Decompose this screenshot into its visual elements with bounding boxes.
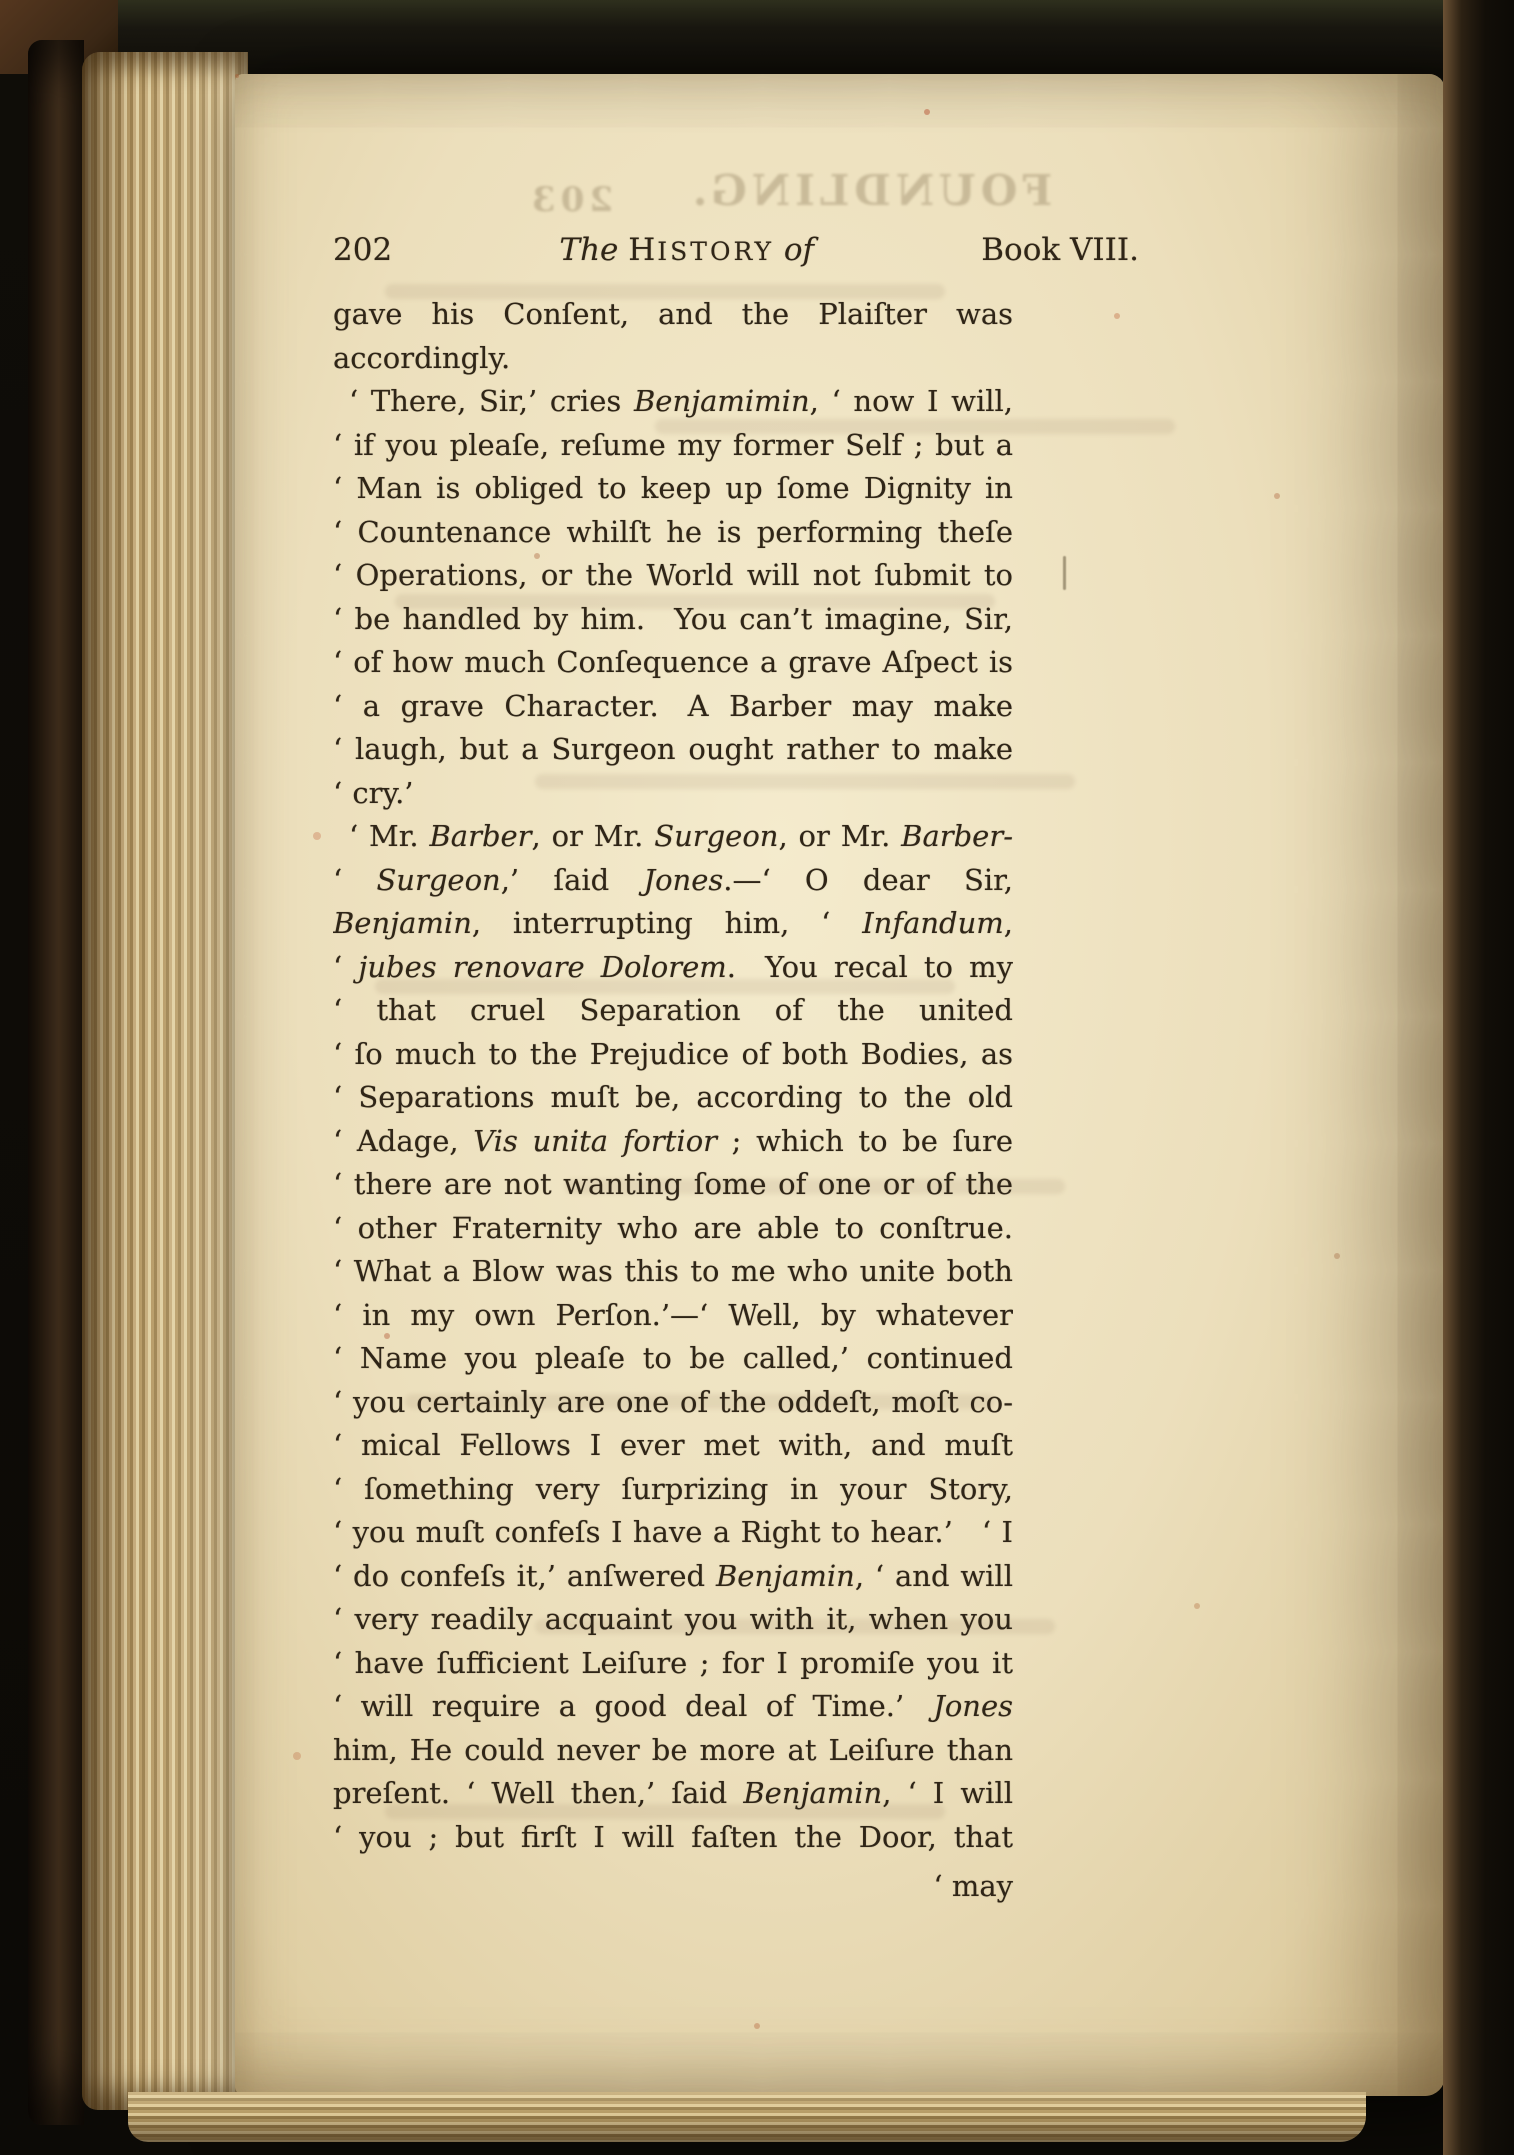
- roman-text: ‘ in my own Perſon.’—‘ Well, by whatever: [333, 1298, 1013, 1332]
- italic-text: Jones: [643, 863, 723, 897]
- text-line: ‘ Name you pleaſe to be called,’ continu…: [333, 1337, 1013, 1381]
- paper-speckles: [235, 74, 239, 78]
- roman-text: , ‘ and will: [855, 1559, 1013, 1593]
- book-spine: [28, 40, 84, 2125]
- roman-text: , or Mr.: [778, 819, 901, 853]
- italic-text: Barber: [429, 819, 531, 853]
- roman-text: ‘ cry.’: [333, 776, 414, 810]
- text-line: ‘ very readily acquaint you with it, whe…: [333, 1598, 1013, 1642]
- roman-text: gave his Conſent, and the Plaiſter was a…: [333, 297, 1013, 337]
- roman-text: ‘ you certainly are one of the oddeſt, m…: [333, 1385, 1013, 1419]
- roman-text: ‘ Adage,: [333, 1124, 473, 1158]
- roman-text: ‘ Operations, or the World will not ſubm…: [333, 558, 1013, 592]
- roman-text: ‘ Mr.: [349, 819, 429, 853]
- roman-text: ,’ ſaid: [501, 863, 644, 897]
- roman-text: ‘ be handled by him. You can’t imagine, …: [333, 602, 1013, 636]
- text-line: accordingly.: [333, 337, 1013, 381]
- italic-text: Benjamin: [333, 906, 472, 940]
- page-number: 202: [333, 232, 392, 268]
- bleedthrough-page-number: 203: [527, 180, 613, 220]
- text-line: ‘ ſo much to the Prejudice of both Bodie…: [333, 1033, 1013, 1077]
- roman-text: ‘ you ; but firſt I will faſten the Door…: [333, 1820, 1013, 1860]
- book-number-label: Book VIII.: [981, 232, 1139, 268]
- roman-text: ‘ Separations muſt be, according to the …: [333, 1080, 1013, 1114]
- italic-text: Benjamimin: [634, 384, 810, 418]
- text-line: ‘ there are not wanting ſome of one or o…: [333, 1163, 1013, 1207]
- book-page: FOUNDLING. 203 202 The HISTORY of Book V…: [235, 74, 1445, 2096]
- text-line: ‘ you muſt confeſs I have a Right to hea…: [333, 1511, 1013, 1555]
- roman-text: , or Mr.: [532, 819, 655, 853]
- roman-text: ‘ Countenance whilſt he is performing th…: [333, 515, 1013, 549]
- text-line: him, He could never be more at Leiſure t…: [333, 1729, 1013, 1773]
- italic-text: Vis unita fortior: [473, 1124, 717, 1158]
- italic-text: Jones: [933, 1689, 1013, 1723]
- text-line: ‘ What a Blow was this to me who unite b…: [333, 1250, 1013, 1294]
- text-line: ‘ will require a good deal of Time.’ Jon…: [333, 1685, 1013, 1729]
- text-line: ‘ Man is obliged to keep up ſome Dignity…: [333, 467, 1013, 511]
- text-line: ‘ Mr. Barber, or Mr. Surgeon, or Mr. Bar…: [333, 815, 1013, 859]
- text-line: ‘ that cruel Separation of the united Fr…: [333, 989, 1013, 1033]
- roman-text: ,: [1004, 906, 1013, 940]
- roman-text: ‘ there are not wanting ſome of one or o…: [333, 1167, 1013, 1201]
- text-line: ‘ do confeſs it,’ anſwered Benjamin, ‘ a…: [333, 1555, 1013, 1599]
- text-line: ‘ Separations muſt be, according to the …: [333, 1076, 1013, 1120]
- running-title-of: of: [774, 232, 814, 268]
- italic-text: Barber-: [901, 819, 1013, 853]
- text-line: preſent. ‘ Well then,’ ſaid Benjamin, ‘ …: [333, 1772, 1013, 1816]
- running-title-initial: H: [628, 232, 657, 268]
- text-line: ‘ jubes renovare Dolorem. You recal to m…: [333, 946, 1013, 990]
- text-line: ‘ ſomething very ſurprizing in your Stor…: [333, 1468, 1013, 1512]
- paper-crease: [1063, 556, 1066, 590]
- catchword: ‘ may: [833, 1864, 1013, 1908]
- roman-text: ‘: [333, 950, 358, 984]
- roman-text: ‘ if you pleaſe, reſume my former Self ;…: [333, 428, 1013, 462]
- text-line: ‘ Surgeon,’ ſaid Jones.—‘ O dear Sir, an…: [333, 859, 1013, 903]
- italic-text: Surgeon: [654, 819, 778, 853]
- italic-text: Surgeon: [376, 863, 500, 897]
- roman-text: ‘ have ſufficient Leiſure ; for I promiſ…: [333, 1646, 1013, 1680]
- roman-text: ‘ will require a good deal of Time.’: [333, 1689, 933, 1723]
- page-edges-bottom: [128, 2092, 1366, 2142]
- roman-text: ‘ ſo much to the Prejudice of both Bodie…: [333, 1037, 1013, 1077]
- roman-text: ‘ What a Blow was this to me who unite b…: [333, 1254, 1013, 1288]
- text-block: gave his Conſent, and the Plaiſter was a…: [333, 293, 1013, 1859]
- text-line: ‘ in my own Perſon.’—‘ Well, by whatever: [333, 1294, 1013, 1338]
- italic-text: Infandum: [862, 906, 1004, 940]
- text-line: ‘ if you pleaſe, reſume my former Self ;…: [333, 424, 1013, 468]
- text-line: ‘ be handled by him. You can’t imagine, …: [333, 598, 1013, 642]
- text-line: ‘ you ; but firſt I will faſten the Door…: [333, 1816, 1013, 1860]
- roman-text: ‘ you muſt confeſs I have a Right to hea…: [333, 1515, 1013, 1549]
- text-line: ‘ a grave Character. A Barber may make y…: [333, 685, 1013, 729]
- roman-text: ‘ very readily acquaint you with it, whe…: [333, 1602, 1013, 1636]
- roman-text: , ‘ now I will,: [810, 384, 1013, 418]
- roman-text: ‘ laugh, but a Surgeon ought rather to m…: [333, 732, 1013, 772]
- roman-text: , interrupting him, ‘: [472, 906, 862, 940]
- text-line: ‘ cry.’: [333, 772, 1013, 816]
- roman-text: ‘ ſomething very ſurprizing in your Stor…: [333, 1472, 1013, 1512]
- book-photo-scan: FOUNDLING. 203 202 The HISTORY of Book V…: [0, 0, 1514, 2155]
- text-line: gave his Conſent, and the Plaiſter was a…: [333, 293, 1013, 337]
- running-title-the: The: [559, 232, 628, 268]
- roman-text: him, He could never be more at Leiſure t…: [333, 1733, 1013, 1773]
- roman-text: accordingly.: [333, 341, 510, 375]
- text-line: ‘ Operations, or the World will not ſubm…: [333, 554, 1013, 598]
- roman-text: ‘ of how much Conſequence a grave Aſpect…: [333, 645, 1013, 685]
- running-title-caps: ISTORY: [657, 237, 774, 266]
- roman-text: ‘ a grave Character. A Barber may make y…: [333, 689, 1013, 729]
- text-line: ‘ Adage, Vis unita fortior ; which to be…: [333, 1120, 1013, 1164]
- text-line: ‘ other Fraternity who are able to conſt…: [333, 1207, 1013, 1251]
- text-line: ‘ of how much Conſequence a grave Aſpect…: [333, 641, 1013, 685]
- roman-text: ‘ Man is obliged to keep up ſome Dignity…: [333, 471, 1013, 511]
- text-line: Benjamin, interrupting him, ‘ Infandum, …: [333, 902, 1013, 946]
- text-line: ‘ mical Fellows I ever met with, and muſ…: [333, 1424, 1013, 1468]
- running-title: The HISTORY of: [559, 232, 814, 268]
- text-line: ‘ laugh, but a Surgeon ought rather to m…: [333, 728, 1013, 772]
- roman-text: preſent. ‘ Well then,’ ſaid: [333, 1776, 743, 1810]
- roman-text: ‘ Name you pleaſe to be called,’ continu…: [333, 1341, 1013, 1375]
- italic-text: Benjamin: [716, 1559, 855, 1593]
- bleedthrough-title: FOUNDLING.: [620, 166, 1120, 215]
- roman-text: ‘ mical Fellows I ever met with, and muſ…: [333, 1428, 1013, 1468]
- roman-text: ‘ other Fraternity who are able to conſt…: [333, 1211, 1013, 1245]
- italic-text: jubes renovare Dolorem: [358, 950, 726, 984]
- book-gutter-shadow: [1443, 0, 1514, 2155]
- text-line: ‘ Countenance whilſt he is performing th…: [333, 511, 1013, 555]
- roman-text: ‘ There, Sir,’ cries: [349, 384, 634, 418]
- text-line: ‘ have ſufficient Leiſure ; for I promiſ…: [333, 1642, 1013, 1686]
- roman-text: ‘: [333, 863, 376, 897]
- roman-text: ; which to be ſure: [717, 1124, 1013, 1158]
- text-line: ‘ you certainly are one of the oddeſt, m…: [333, 1381, 1013, 1425]
- roman-text: ‘ that cruel Separation of the united Fr…: [333, 993, 1013, 1033]
- page-edges-left: [82, 52, 248, 2110]
- italic-text: Benjamin: [743, 1776, 882, 1810]
- running-header: 202 The HISTORY of Book VIII.: [333, 232, 1139, 268]
- roman-text: ‘ do confeſs it,’ anſwered: [333, 1559, 716, 1593]
- text-line: ‘ There, Sir,’ cries Benjamimin, ‘ now I…: [333, 380, 1013, 424]
